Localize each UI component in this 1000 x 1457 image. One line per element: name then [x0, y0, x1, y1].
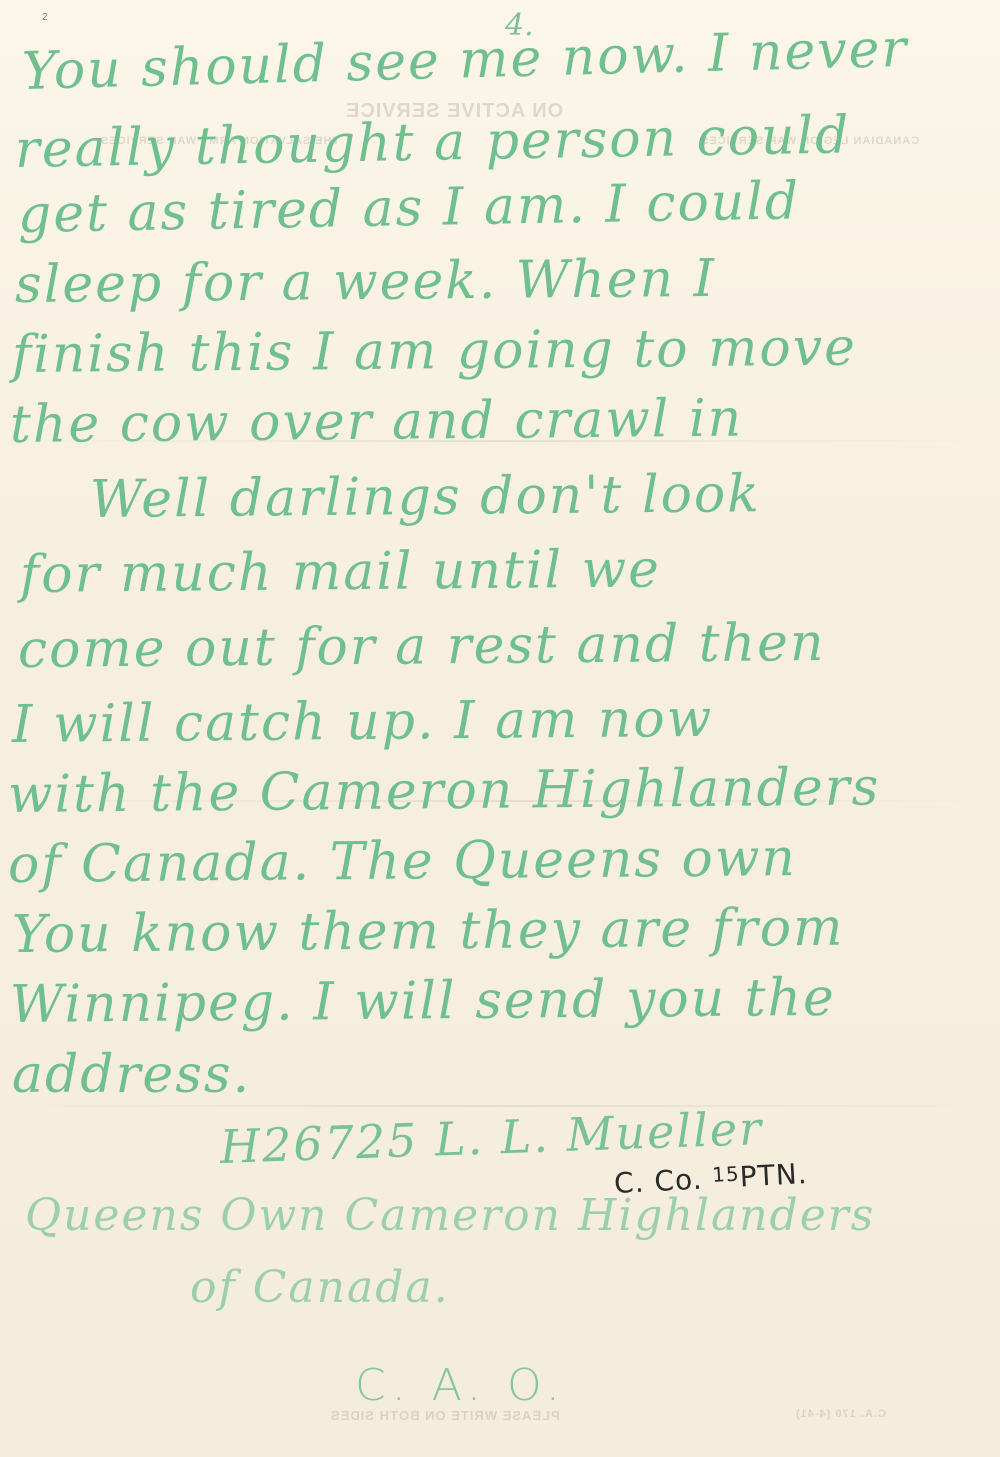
letter-line: sleep for a week. When I [15, 249, 717, 315]
letter-line: come out for a rest and then [18, 613, 826, 680]
fold-crease [0, 1105, 1000, 1107]
signature-country: of Canada. [190, 1262, 450, 1313]
letter-line: of Canada. The Queens own [8, 828, 797, 895]
pencil-platoon-label: PTN. [739, 1157, 808, 1194]
signature-footer: C. A. O. [355, 1360, 566, 1411]
letter-line: I will catch up. I am now [12, 689, 714, 755]
letter-line: Winnipeg. I will send you the [10, 968, 836, 1035]
letter-line: for much mail until we [20, 539, 661, 605]
letter-line: get as tired as I am. I could [17, 171, 800, 245]
pencil-platoon-number: 15 [712, 1162, 741, 1187]
letter-page: ON ACTIVE SERVICE THE SALVATION ARMY WAR… [0, 0, 1000, 1457]
letter-line: really thought a person could [14, 105, 850, 180]
corner-mark: 2 [42, 12, 48, 23]
letter-line: You know them they are from [12, 898, 845, 965]
letter-line: the cow over and crawl in [10, 389, 744, 455]
letter-line: You should see me now. I never [21, 19, 909, 102]
letter-line: Well darlings don't look [90, 464, 761, 530]
letter-line: address. [12, 1045, 251, 1105]
letterhead-show-through-form-code: C.A. 170 (4-41) [795, 1408, 886, 1420]
pencil-company: C. Co. [613, 1162, 703, 1200]
signature-unit: Queens Own Cameron Highlanders [25, 1190, 875, 1241]
letter-line: finish this I am going to move [12, 318, 857, 385]
letter-line: with the Cameron Highlanders [8, 757, 881, 825]
